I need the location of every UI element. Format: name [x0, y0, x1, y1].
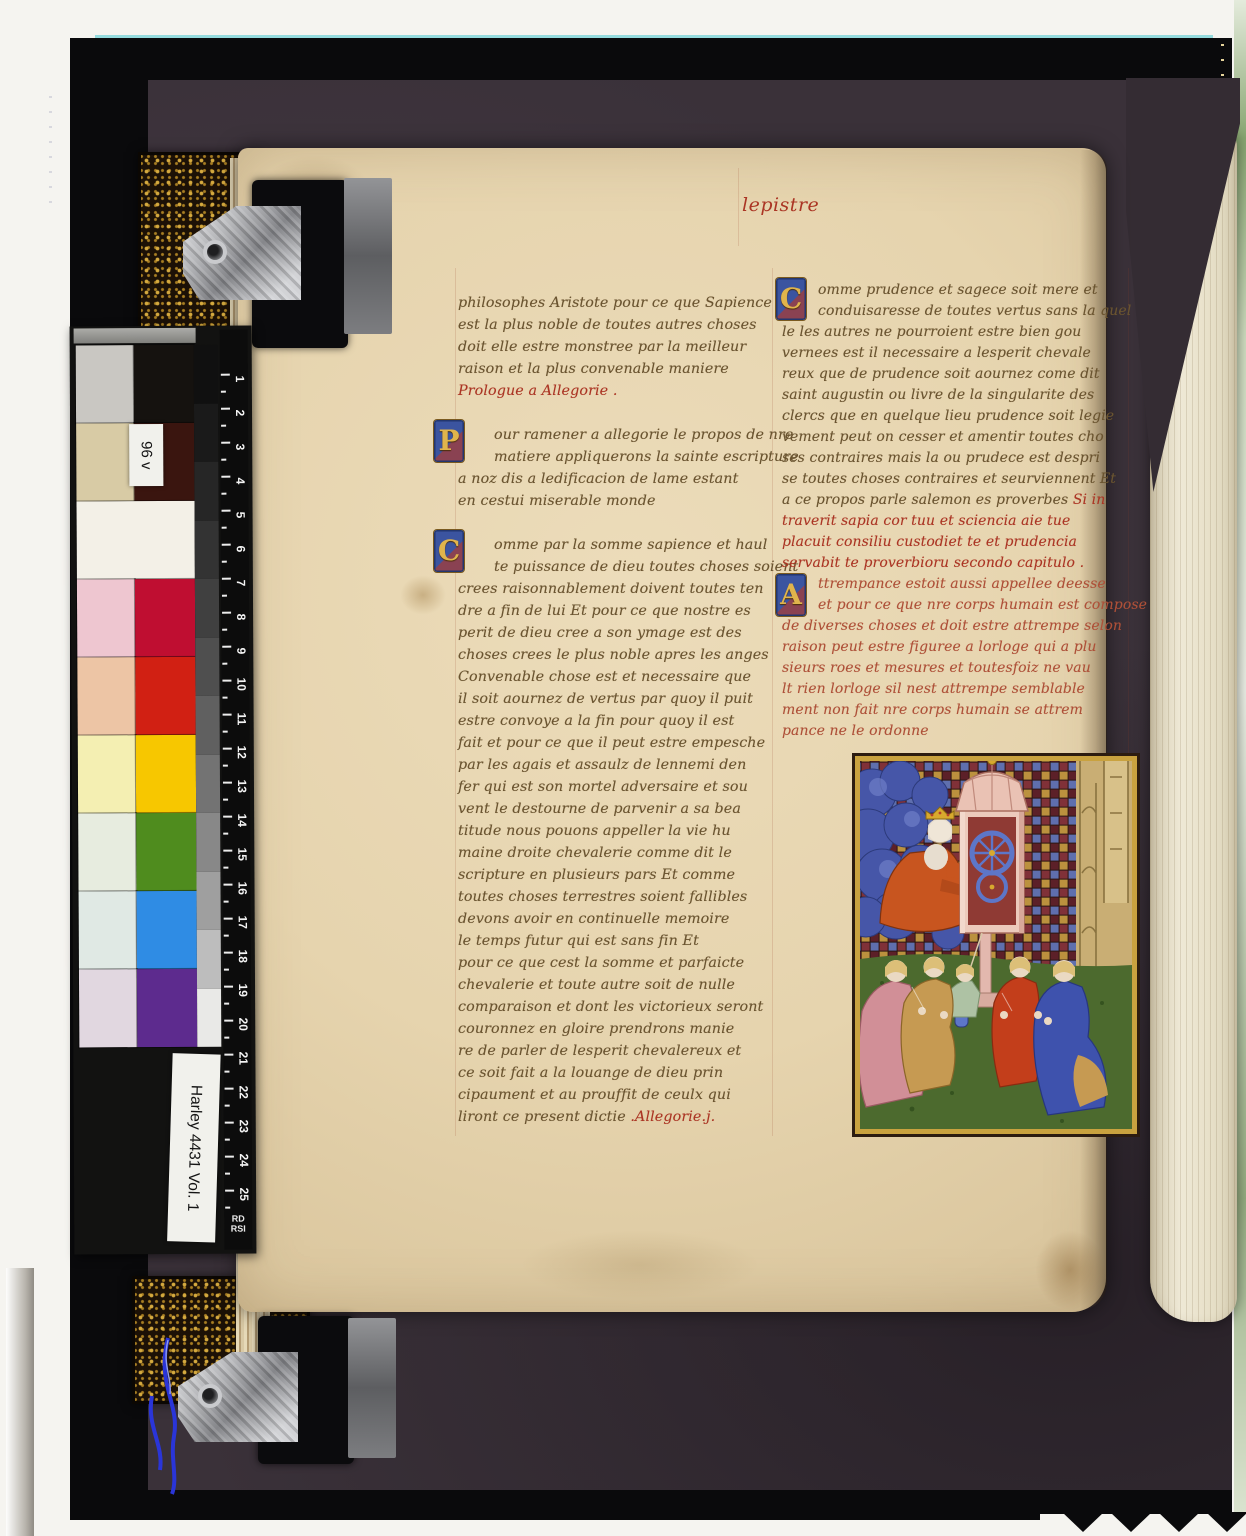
grayscale-step: [196, 871, 220, 930]
color-patch: [135, 657, 195, 735]
ruler-number: 8: [234, 602, 248, 632]
shelfmark-label: Harley 4431 Vol. 1: [167, 1053, 221, 1242]
text-line: titude nous pouons appeller la vie hu: [458, 820, 770, 842]
text-line: Convenable chose est et necessaire que: [458, 666, 770, 688]
ruler-tick: [223, 833, 228, 835]
color-calibration-chart: RD RSI 123456789101112131415161718192021…: [70, 326, 257, 1255]
grayscale-step: [196, 696, 220, 755]
text-line: toutes choses terrestres soient fallible…: [458, 886, 770, 908]
text-line: se toutes choses contraires et seurvienn…: [782, 469, 1130, 490]
ruler-tick: [224, 1020, 233, 1022]
ruler-tick: [222, 646, 231, 648]
ruler-tick: [225, 1207, 230, 1209]
ruler-tick: [223, 714, 232, 716]
color-patch: [136, 813, 196, 891]
ruler-tick: [221, 459, 226, 461]
text-line: traverit sapia cor tuu et sciencia aie t…: [782, 511, 1130, 532]
text-line: ttrempance estoit aussi appellee deesse: [782, 574, 1130, 595]
text-line: conduisaresse de toutes vertus sans la q…: [782, 301, 1130, 322]
grayscale-step: [197, 930, 221, 989]
color-patch: [79, 891, 137, 969]
ruler-tick: [221, 391, 226, 393]
grayscale-step: [194, 403, 218, 462]
ruler-tick: [223, 799, 228, 801]
ruler-tick: [223, 816, 232, 818]
text-line: our ramener a allegorie le propos de nre: [458, 424, 770, 446]
ruler-tick: [222, 578, 231, 580]
ruler-tick: [221, 493, 226, 495]
grayscale-step: [194, 462, 218, 521]
ruler-tick: [222, 595, 227, 597]
color-patch: [77, 579, 135, 657]
parchment-stain: [400, 575, 446, 615]
line-gap: [458, 402, 770, 424]
ruler-tick: [225, 1088, 234, 1090]
ruler-footer: RD RSI: [224, 1214, 252, 1234]
ruler-number: 5: [233, 500, 247, 530]
text-line: doit elle estre monstree par la meilleur: [458, 336, 770, 358]
text-line: il soit aournez de vertus par quoy il pu…: [458, 688, 770, 710]
color-patch: [135, 579, 195, 657]
ruler: RD RSI 123456789101112131415161718192021…: [220, 330, 253, 1250]
ruler-tick: [221, 408, 230, 410]
photo-edge-scallop: [1110, 1512, 1152, 1532]
text-line: est la plus noble de toutes autres chose…: [458, 314, 770, 336]
ruling-line: [738, 168, 739, 246]
text-line: et pour ce que nre corps humain est comp…: [782, 595, 1130, 616]
ruler-tick: [224, 1037, 229, 1039]
color-patch: [79, 969, 137, 1047]
text-line: maine droite chevalerie comme dit le: [458, 842, 770, 864]
tape: [74, 328, 196, 344]
blue-wire: [116, 1334, 240, 1498]
clip-plate-top: [344, 178, 392, 334]
ruler-number: 14: [235, 806, 249, 836]
illuminated-initial-P: P: [434, 420, 464, 462]
text-line: de diverses choses et doit estre attremp…: [782, 616, 1130, 637]
text-line: vement peut on cesser et amentir toutes …: [782, 427, 1130, 448]
color-patch: [76, 423, 134, 501]
color-patch: [78, 813, 136, 891]
text-line: devons avoir en continuelle memoire: [458, 908, 770, 930]
ruler-number: 19: [236, 976, 250, 1006]
ruler-number: 18: [236, 942, 250, 972]
photo-edge-cyan-line: [95, 35, 1213, 38]
text-line: par les agais et assaulz de lennemi den: [458, 754, 770, 776]
folio-label: 96 v: [129, 424, 163, 486]
text-line: matiere appliquerons la sainte escriptur…: [458, 446, 770, 468]
text-line: cipaument et au prouffit de ceulx qui: [458, 1084, 770, 1106]
color-patch: [76, 345, 134, 423]
text-line: Prologue a Allegorie .: [458, 380, 770, 402]
ruler-tick: [221, 425, 226, 427]
ruler-number: 11: [235, 704, 249, 734]
text-line: a ce propos parle salemon es proverbes S…: [782, 490, 1130, 511]
grayscale-step: [194, 345, 218, 404]
color-patch: [136, 735, 196, 813]
ruler-number: 3: [233, 432, 247, 462]
text-column-right: omme prudence et sagece soit mere etcond…: [782, 280, 1130, 742]
text-line: pance ne le ordonne: [782, 721, 1130, 742]
ruler-tick: [224, 952, 233, 954]
ruler-tick: [223, 765, 228, 767]
ruler-number: 4: [233, 466, 247, 496]
ruler-tick: [225, 1173, 230, 1175]
film-tick-marks: [49, 96, 52, 214]
clip-rivet: [203, 240, 227, 264]
text-line: philosophes Aristote pour ce que Sapienc…: [458, 292, 770, 314]
text-line: perit de dieu cree a son ymage est des: [458, 622, 770, 644]
ruler-number: 24: [237, 1146, 251, 1176]
temperance-clock-miniature: [852, 753, 1140, 1137]
illuminated-initial-C2: C: [776, 278, 806, 320]
text-line: choses crees le plus noble apres les ang…: [458, 644, 770, 666]
photo-edge-scallop: [1206, 1512, 1246, 1532]
text-line: ment non fait nre corps humain se attrem: [782, 700, 1130, 721]
color-patch: [137, 969, 197, 1047]
ruler-tick: [224, 1003, 229, 1005]
ruler-tick: [225, 1190, 234, 1192]
ruler-tick: [224, 1071, 229, 1073]
text-line: servabit te proverbioru secondo capitulo…: [782, 553, 1130, 574]
ruler-tick: [221, 442, 230, 444]
ruler-tick: [223, 748, 232, 750]
color-patch: [77, 657, 135, 735]
ruler-number: 22: [237, 1078, 251, 1108]
text-line: lt rien lorloge sil nest attrempe sembla…: [782, 679, 1130, 700]
ruler-tick: [222, 510, 231, 512]
text-line: comparaison et dont les victorieux seron…: [458, 996, 770, 1018]
ruler-tick: [224, 935, 229, 937]
ruler-number: 17: [236, 908, 250, 938]
ruler-tick: [223, 884, 232, 886]
ruling-line: [772, 268, 773, 1136]
text-line: dre a fin de lui Et pour ce que nostre e…: [458, 600, 770, 622]
text-line: chevalerie et toute autre soit de nulle: [458, 974, 770, 996]
text-line: sieurs roes et mesures et toutesfoiz ne …: [782, 658, 1130, 679]
ruler-tick: [222, 561, 227, 563]
grayscale-step: [195, 579, 219, 638]
ruler-tick: [222, 527, 227, 529]
ruler-tick: [224, 969, 229, 971]
grayscale-step: [197, 988, 221, 1047]
ruler-tick: [224, 918, 233, 920]
ruler-number: 23: [237, 1112, 251, 1142]
clip-plate-bottom: [348, 1318, 396, 1458]
text-line: raison et la plus convenable maniere: [458, 358, 770, 380]
text-line: le les autres ne pourroient estre bien g…: [782, 322, 1130, 343]
text-line: scripture en plusieurs pars Et comme: [458, 864, 770, 886]
text-line: clercs que en quelque lieu prudence soit…: [782, 406, 1130, 427]
ruler-tick: [224, 986, 233, 988]
text-line: re de parler de lesperit chevalereux et: [458, 1040, 770, 1062]
line-gap: [458, 512, 770, 534]
digitization-photo: RD RSI 123456789101112131415161718192021…: [0, 0, 1246, 1536]
color-patch: [76, 501, 194, 580]
text-column-left: philosophes Aristote pour ce que Sapienc…: [458, 292, 770, 1128]
color-patch: [137, 891, 197, 969]
text-line: a noz dis a ledificacion de lame estant: [458, 468, 770, 490]
ruler-tick: [225, 1105, 230, 1107]
color-patch: [134, 345, 194, 423]
ruler-number: 13: [235, 772, 249, 802]
text-line: ce soit fait a la louange de dieu prin: [458, 1062, 770, 1084]
ruler-tick: [222, 663, 227, 665]
ruler-number: 10: [234, 670, 248, 700]
ruler-tick: [221, 476, 230, 478]
text-line: en cestui miserable monde: [458, 490, 770, 512]
text-line: omme prudence et sagece soit mere et: [782, 280, 1130, 301]
ruler-number: 9: [234, 636, 248, 666]
grayscale-step: [196, 813, 220, 872]
text-line: estre convoye a la fin pour quoy il est: [458, 710, 770, 732]
text-line: pour ce que cest la somme et parfaicte: [458, 952, 770, 974]
grayscale-strip: [194, 345, 222, 1047]
ruler-tick: [225, 1122, 234, 1124]
parchment-stain: [1035, 1230, 1105, 1310]
text-line: vernees est il necessaire a lesperit che…: [782, 343, 1130, 364]
text-line: fer qui est son mortel adversaire et sou: [458, 776, 770, 798]
parchment-stain: [520, 1230, 760, 1300]
ruler-number: 16: [235, 874, 249, 904]
ruler-number: 6: [234, 534, 248, 564]
grayscale-step: [195, 520, 219, 579]
ruler-tick: [225, 1156, 234, 1158]
ruler-tick: [223, 850, 232, 852]
ruler-number: 2: [233, 398, 247, 428]
color-patch: [78, 735, 136, 813]
ruler-number: 20: [236, 1010, 250, 1040]
text-line: crees raisonnablement doivent toutes ten: [458, 578, 770, 600]
ruler-number: 21: [236, 1044, 250, 1074]
ruler-number: 12: [235, 738, 249, 768]
text-line: reux que de prudence soit aournez come d…: [782, 364, 1130, 385]
ruler-tick: [222, 612, 231, 614]
photo-edge-scallop: [1062, 1512, 1104, 1532]
text-line: raison peut estre figuree a lorloge qui …: [782, 637, 1130, 658]
ruler-tick: [222, 629, 227, 631]
ruler-tick: [222, 680, 231, 682]
grayscale-step: [195, 637, 219, 696]
text-line: fait et pour ce que il peut estre empesc…: [458, 732, 770, 754]
ruler-tick: [223, 731, 228, 733]
text-line: saint augustin ou livre de la singularit…: [782, 385, 1130, 406]
illuminated-initial-C1: C: [434, 530, 464, 572]
ruler-tick: [224, 1054, 233, 1056]
grayscale-step: [196, 754, 220, 813]
text-line: vent le destourne de parvenir a sa bea: [458, 798, 770, 820]
text-line: te puissance de dieu toutes choses soien…: [458, 556, 770, 578]
ruler-tick: [224, 901, 229, 903]
ruler-number: 1: [233, 364, 247, 394]
running-header: lepistre: [742, 194, 819, 216]
text-line: le temps futur qui est sans fin Et: [458, 930, 770, 952]
ruler-number: 7: [234, 568, 248, 598]
photo-edge-gray-strip: [6, 1268, 34, 1536]
ruling-line: [455, 268, 456, 1136]
text-line: placuit consiliu custodiet te et prudenc…: [782, 532, 1130, 553]
illuminated-initial-A: A: [776, 574, 806, 616]
ruler-tick: [223, 867, 228, 869]
text-line: liront ce present dictie .Allegorie.j.: [458, 1106, 770, 1128]
ruler-number: 25: [237, 1180, 251, 1210]
ruler-tick: [223, 697, 228, 699]
text-line: couronnez en gloire prendrons manie: [458, 1018, 770, 1040]
photo-edge-scallop: [1158, 1512, 1200, 1532]
ruler-tick: [225, 1139, 230, 1141]
ruler-number: 15: [235, 840, 249, 870]
text-line: ses contraires mais la ou prudece est de…: [782, 448, 1130, 469]
ruler-tick: [223, 782, 232, 784]
text-line: omme par la somme sapience et haul: [458, 534, 770, 556]
ruler-tick: [221, 374, 230, 376]
ruler-tick: [222, 544, 231, 546]
